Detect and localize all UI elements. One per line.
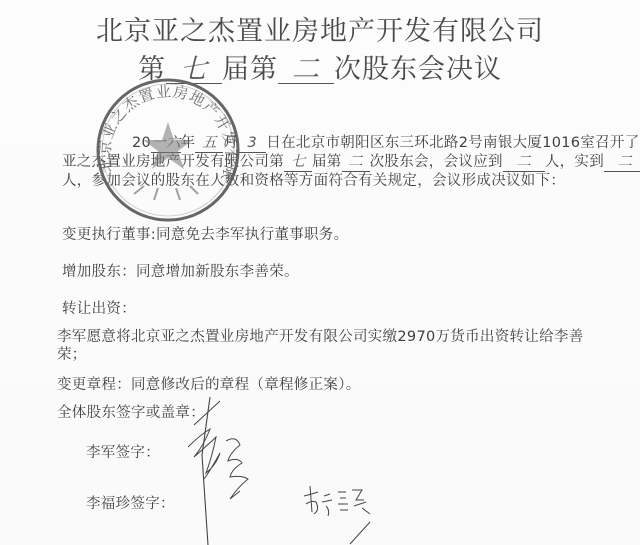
intro-line-2-d: 人，实到 xyxy=(545,154,604,170)
intro-line-2-b: 届第 xyxy=(312,154,342,170)
year-label: 年 xyxy=(181,135,196,151)
articles-change-text: 同意修改后的章程（章程修正案）。 xyxy=(131,377,361,393)
resolution-label: 转让出资： xyxy=(62,301,136,317)
transfer-line-1: 李军愿意将北京亚之杰置业房地产开发有限公司实缴2970万货币出资转让给李善 xyxy=(57,325,584,346)
session-number-blank: 七 xyxy=(166,56,222,84)
year-prefix: 20 xyxy=(132,135,151,151)
resolution-title: 第七届第二次股东会决议 xyxy=(0,47,640,86)
articles-change-label: 变更章程： xyxy=(57,377,131,393)
resolution-text: 同意增加新股东李善荣。 xyxy=(136,264,299,280)
month-label: 月 xyxy=(223,135,238,151)
meeting-number-blank: 二 xyxy=(278,56,334,84)
actual-attendees-blank: 二 xyxy=(604,155,640,172)
title-middle: 届第 xyxy=(222,54,278,85)
resolution-add-shareholder: 增加股东：同意增加新股东李善荣。 xyxy=(62,260,299,281)
title-suffix: 次股东会决议 xyxy=(334,54,502,85)
document-page: 北京亚之杰置业房地产开发有限公司 第七届第二次股东会决议 20一六年五月3日在北… xyxy=(0,0,640,545)
resolution-transfer-heading: 转让出资： xyxy=(62,297,136,318)
signer-li-jun-label: 李军签字： xyxy=(86,441,160,462)
signer-li-fuzhen-label: 李福珍签字： xyxy=(86,492,175,513)
resolution-change-director: 变更执行董事:同意免去李军执行董事职务。 xyxy=(62,223,348,244)
resolution-text: 同意免去李军执行董事职务。 xyxy=(156,227,348,243)
signatures-heading: 全体股东签字或盖章： xyxy=(57,401,205,422)
signature-li-fuzhen-icon xyxy=(300,482,380,545)
resolution-label: 变更执行董事: xyxy=(62,227,156,243)
articles-change: 变更章程：同意修改后的章程（章程修正案）。 xyxy=(57,373,361,394)
title-prefix: 第 xyxy=(138,54,166,85)
intro-line-3: 人，参加会议的股东在人数和资格等方面符合有关规定，会议形成决议如下： xyxy=(62,169,565,190)
company-title: 北京亚之杰置业房地产开发有限公司 xyxy=(0,9,640,48)
intro-line-1-rest: 日在北京市朝阳区东三环北路2号南银大厦1016室召开了北京 xyxy=(266,135,640,151)
intro-line-2-a: 亚之杰置业房地产开发有限公司第 xyxy=(62,154,284,170)
resolution-label: 增加股东： xyxy=(62,264,136,280)
intro-line-2-c: 次股东会，会议应到 xyxy=(370,154,503,170)
transfer-line-2: 荣； xyxy=(57,343,87,364)
